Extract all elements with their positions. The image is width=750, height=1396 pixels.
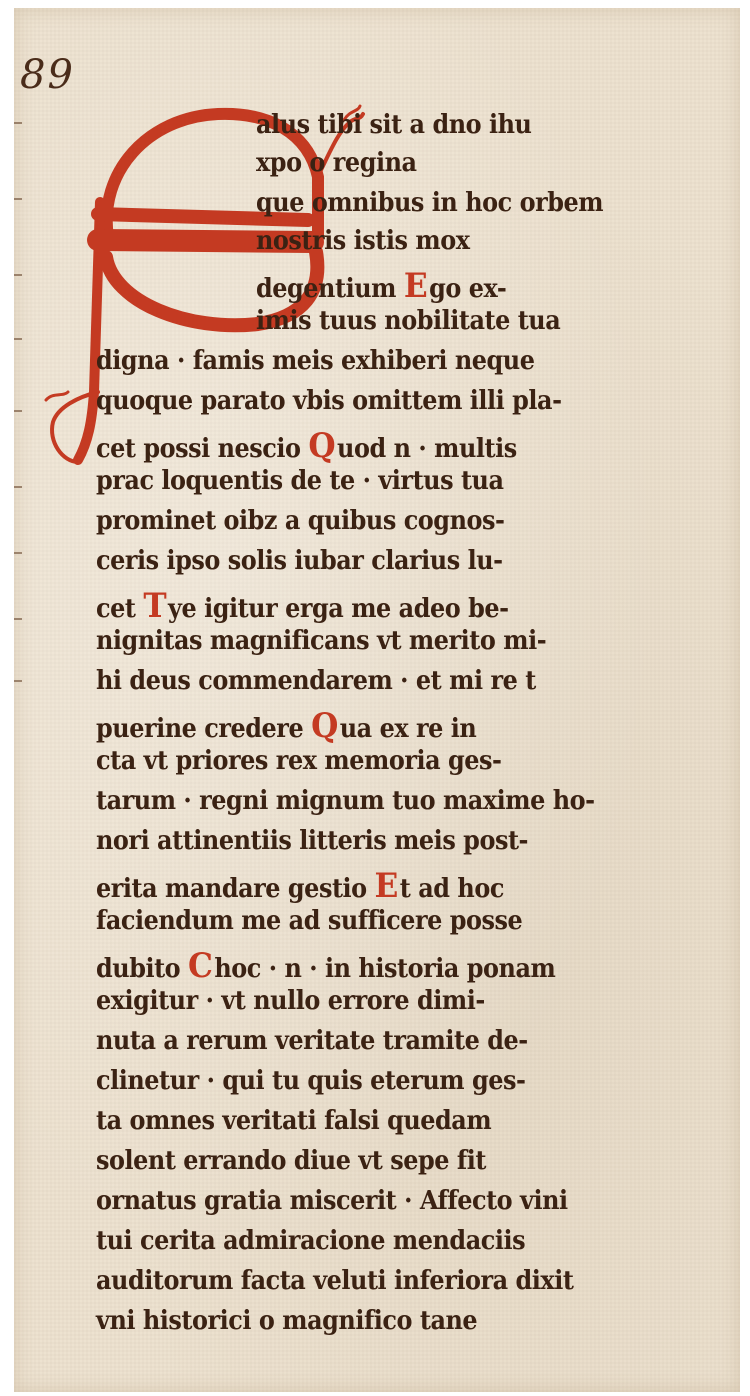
text-line: ceris ipso solis iubar clarius lu- [96,546,503,586]
text-line: nori attinentiis litteris meis post- [96,826,528,866]
text-line: solent errando diue vt sepe fit [96,1146,486,1186]
text-line: digna · famis meis exhiberi neque [96,346,534,386]
text-line: cta vt priores rex memoria ges- [96,746,502,786]
text-line: clinetur · qui tu quis eterum ges- [96,1066,525,1106]
text-line: vni historici o magnifico tane [96,1306,477,1346]
text-line: nostris istis mox [256,226,470,266]
text-line: ta omnes veritati falsi quedam [96,1106,491,1146]
text-line: prac loquentis de te · virtus tua [96,466,504,506]
text-line: cet possi nescio Quod n · multis [96,426,517,466]
rubricated-initial: Q [311,706,338,746]
text-line: quoque parato vbis omittem illi pla- [96,386,562,426]
text-line: dubito Choc · n · in historia ponam [96,946,555,986]
text-line: faciendum me ad sufficere posse [96,906,522,946]
text-line: tui cerita admiracione mendaciis [96,1226,525,1266]
text-line: auditorum facta veluti inferiora dixit [96,1266,573,1306]
text-line: que omnibus in hoc orbem [256,188,603,228]
text-line: degentium Ego ex- [256,266,506,306]
rubricated-initial: E [375,866,398,906]
text-line: prominet oibz a quibus cognos- [96,506,504,546]
text-line: nignitas magnificans vt merito mi- [96,626,546,666]
rubricated-initial: C [188,946,212,986]
rubricated-initial: E [404,266,427,306]
text-line: erita mandare gestio Et ad hoc [96,866,504,906]
text-line: xpo o regina [256,148,417,188]
text-line: nuta a rerum veritate tramite de- [96,1026,528,1066]
text-line: ornatus gratia miscerit · Affecto vini [96,1186,568,1226]
rubricated-initial: T [143,586,166,626]
text-line: hi deus commendarem · et mi re t [96,666,536,706]
rubricated-initial: Q [308,426,335,466]
text-line: exigitur · vt nullo errore dimi- [96,986,485,1026]
text-line: imis tuus nobilitate tua [256,306,560,346]
text-line: puerine credere Qua ex re in [96,706,476,746]
text-line: cet Tye igitur erga me adeo be- [96,586,509,626]
text-line: tarum · regni mignum tuo maxime ho- [96,786,595,826]
text-line: alus tibi sit a dno ihu [256,110,531,150]
